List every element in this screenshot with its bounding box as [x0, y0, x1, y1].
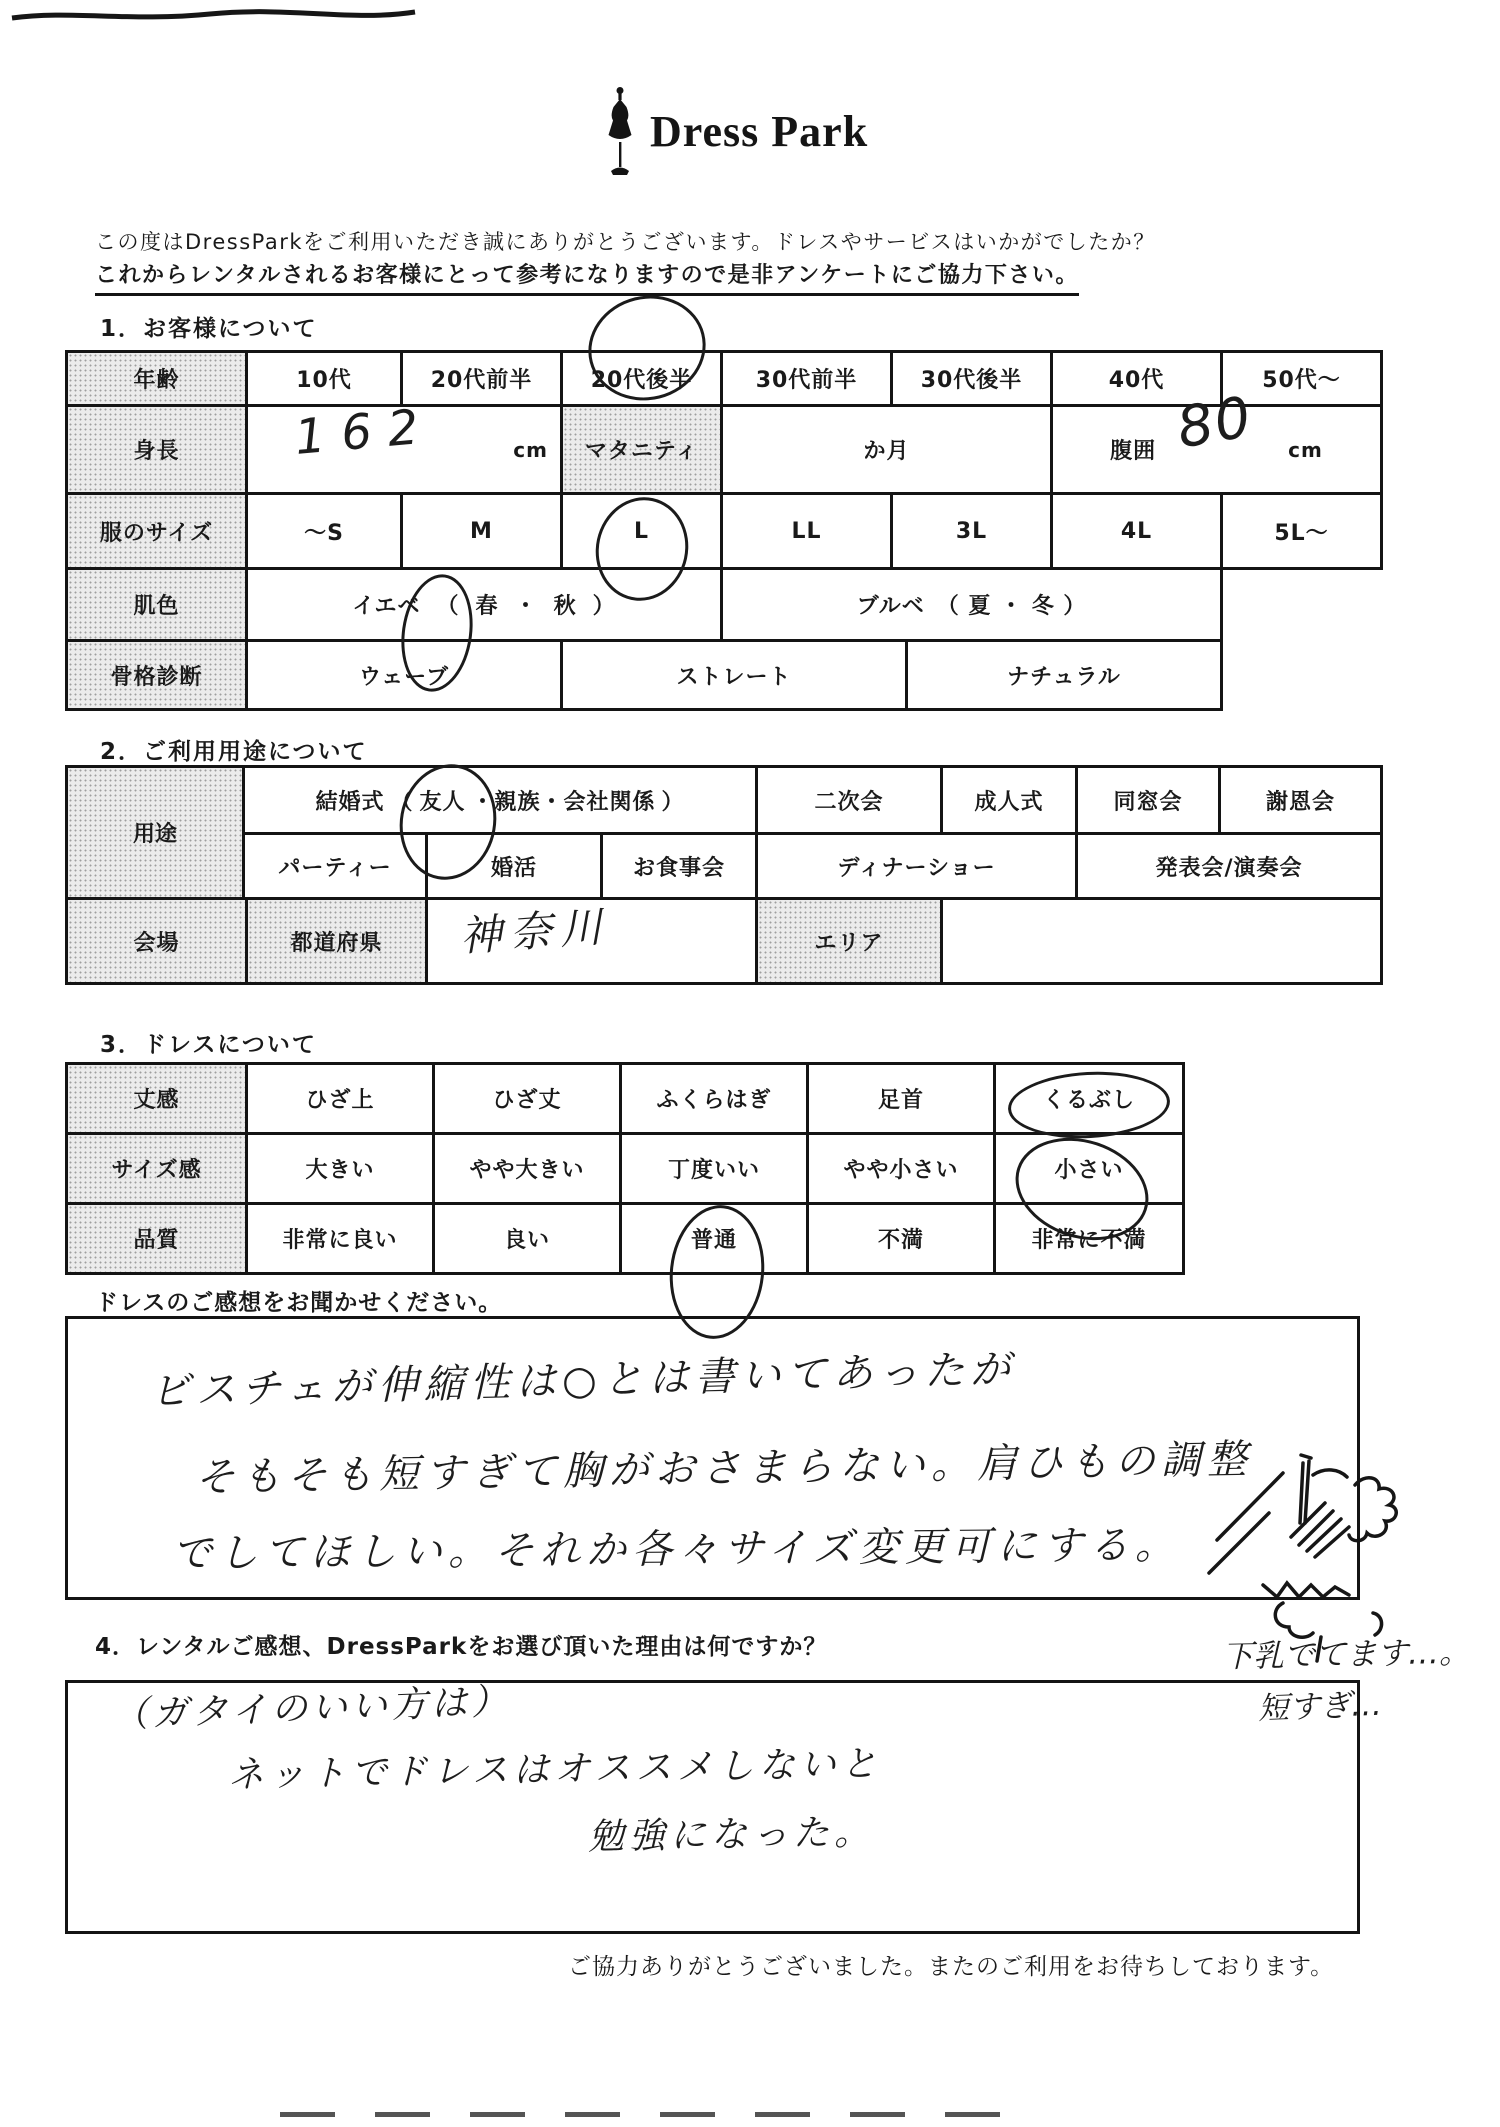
section4-heading: 4．レンタルご感想、DressParkをお選び頂いた理由は何ですか？: [95, 1628, 827, 1661]
purpose-option: 謝恩会: [1221, 768, 1380, 832]
area-label-cell: エリア: [758, 900, 943, 982]
purpose-option: 同窓会: [1078, 768, 1221, 832]
purpose-header-cell: 用途: [65, 765, 245, 900]
quality-option: 非常に良い: [248, 1205, 435, 1272]
age-option: 10代: [248, 353, 403, 404]
height-unit: cm: [513, 438, 548, 462]
scanned-questionnaire-page: Dress Park この度はDressParkをご利用いただき誠にありがとうご…: [0, 0, 1500, 2127]
section3-heading: 3．ドレスについて: [100, 1026, 317, 1059]
purpose-option: 婚活: [428, 835, 603, 897]
quality-option-selected: 普通: [622, 1205, 809, 1272]
length-option: ひざ上: [248, 1065, 435, 1132]
purpose-option: 成人式: [943, 768, 1078, 832]
age-option: 30代前半: [723, 353, 893, 404]
scan-artifact-top: [10, 4, 420, 28]
size-feel-option-selected: 小さい: [996, 1135, 1182, 1202]
age-option: 20代前半: [403, 353, 563, 404]
quality-row-header: 品質: [68, 1205, 248, 1272]
quality-row: 品質 非常に良い 良い 普通 不満 非常に不満: [65, 1202, 1185, 1275]
skeleton-option: ナチュラル: [908, 642, 1220, 708]
height-row-header: 身長: [68, 407, 248, 492]
waist-label: 腹囲: [1110, 434, 1156, 465]
age-row-header: 年齢: [68, 353, 248, 404]
size-option: M: [403, 495, 563, 567]
handwritten-margin-note: 短すぎ…: [1257, 1690, 1382, 1725]
dress-mannequin-icon: [600, 86, 640, 176]
size-feel-option: やや小さい: [809, 1135, 996, 1202]
skin-spring-selected: 春: [476, 589, 499, 620]
skeleton-option: ウェーブ: [248, 642, 563, 708]
length-option-selected: くるぶし: [996, 1065, 1182, 1132]
intro-text-line2: これからレンタルされるお客様にとって参考になりますので是非アンケートにご協力下さ…: [95, 258, 1079, 296]
skin-yellow-option: イエベ （ 春 ・ 秋 ）: [248, 570, 723, 639]
purpose-option-wedding: 結婚式 （ 友人 ・親族・会社関係 ）: [245, 768, 758, 832]
purpose-friend-selected: 友人: [419, 785, 465, 816]
handwritten-comment-line: でしてほしい。それか各々サイズ変更可にする。: [172, 1525, 1181, 1574]
handwritten-rental-line: 勉強になった。: [588, 1815, 876, 1856]
skeleton-row-header: 骨格診断: [68, 642, 248, 708]
size-feel-option: 大きい: [248, 1135, 435, 1202]
length-option: ふくらはぎ: [622, 1065, 809, 1132]
length-option: 足首: [809, 1065, 996, 1132]
brand-name: Dress Park: [650, 106, 868, 157]
size-option: ～S: [248, 495, 403, 567]
purpose-row-1: 結婚式 （ 友人 ・親族・会社関係 ） 二次会 成人式 同窓会 謝恩会: [242, 765, 1383, 835]
venue-row-header: 会場: [68, 900, 248, 982]
dress-comment-label: ドレスのご感想をお聞かせください。: [95, 1284, 502, 1317]
purpose-option: お食事会: [603, 835, 758, 897]
purpose-option: ディナーショー: [758, 835, 1078, 897]
intro-text-line1: この度はDressParkをご利用いただき誠にありがとうございます。ドレスやサー…: [95, 226, 1156, 256]
skin-blue-option: ブルベ （ 夏 ・ 冬 ）: [723, 570, 1220, 639]
closing-text: ご協力ありがとうございました。またのご利用をお待ちしております。: [568, 1948, 1334, 1981]
size-option: 3L: [893, 495, 1053, 567]
bust-sketch-doodle: [1205, 1445, 1415, 1665]
skin-row-header: 肌色: [68, 570, 248, 639]
scan-artifact-bottom: [280, 2112, 1030, 2117]
venue-row: 会場 都道府県 エリア: [65, 897, 1383, 985]
purpose-option: パーティー: [245, 835, 428, 897]
size-option: 4L: [1053, 495, 1223, 567]
purpose-option: 二次会: [758, 768, 943, 832]
age-option-selected: 20代後半: [563, 353, 723, 404]
quality-option: 良い: [435, 1205, 622, 1272]
age-option: 30代後半: [893, 353, 1053, 404]
size-feel-option: やや大きい: [435, 1135, 622, 1202]
quality-option: 不満: [809, 1205, 996, 1272]
skeleton-row: 骨格診断 ウェーブ ストレート ナチュラル: [65, 639, 1223, 711]
section2-heading: 2．ご利用用途について: [100, 733, 368, 766]
purpose-row-2: パーティー 婚活 お食事会 ディナーショー 発表会/演奏会: [242, 832, 1383, 900]
skeleton-option: ストレート: [563, 642, 908, 708]
handwritten-height-value: 162: [293, 402, 436, 462]
quality-option: 非常に不満: [996, 1205, 1182, 1272]
length-option: ひざ丈: [435, 1065, 622, 1132]
maternity-cell: マタニティ: [563, 407, 723, 492]
skin-tone-row: 肌色 イエベ （ 春 ・ 秋 ） ブルベ （ 夏 ・ 冬 ）: [65, 567, 1223, 642]
length-row-header: 丈感: [68, 1065, 248, 1132]
brand-logo: Dress Park: [600, 86, 868, 176]
size-option-selected: L: [563, 495, 723, 567]
waist-unit: cm: [1288, 438, 1323, 462]
size-row-header: 服のサイズ: [68, 495, 248, 567]
maternity-months-cell: か月: [723, 407, 1053, 492]
size-option: 5L～: [1223, 495, 1380, 567]
purpose-option: 発表会/演奏会: [1078, 835, 1380, 897]
area-value-cell: [943, 900, 1380, 982]
size-option: LL: [723, 495, 893, 567]
handwritten-waist-value: 80: [1173, 389, 1257, 457]
length-row: 丈感 ひざ上 ひざ丈 ふくらはぎ 足首 くるぶし: [65, 1062, 1185, 1135]
handwritten-prefecture-value: 神奈川: [459, 906, 612, 958]
prefecture-label-cell: 都道府県: [248, 900, 428, 982]
size-feel-row-header: サイズ感: [68, 1135, 248, 1202]
section1-heading: 1．お客様について: [100, 310, 318, 343]
size-feel-row: サイズ感 大きい やや大きい 丁度いい やや小さい 小さい: [65, 1132, 1185, 1205]
clothing-size-row: 服のサイズ ～S M L LL 3L 4L 5L～: [65, 492, 1383, 570]
size-feel-option: 丁度いい: [622, 1135, 809, 1202]
